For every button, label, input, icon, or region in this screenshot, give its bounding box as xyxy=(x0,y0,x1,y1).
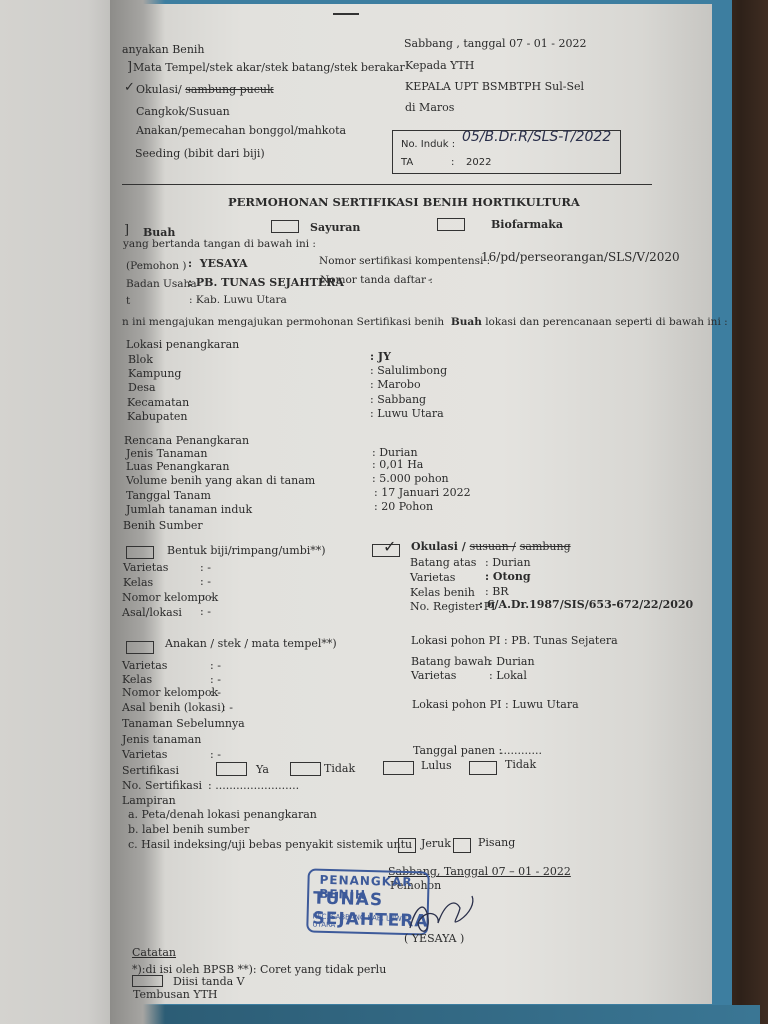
header-divider xyxy=(122,184,652,185)
grafting-label-kelas: Kelas benih xyxy=(410,586,475,599)
registration-label: Nomor tanda daftar : xyxy=(320,274,433,287)
plan-value-luas: : 0,01 Ha xyxy=(372,458,423,471)
grafting-susuan-struck: susuan / xyxy=(470,540,516,553)
previous-crop-variety-value: : - xyxy=(210,748,221,761)
harvest-date-label: Tanggal panen : xyxy=(413,744,502,757)
plan-heading: Rencana Penangkaran xyxy=(124,434,249,447)
seed-value-kelas: : - xyxy=(200,575,211,588)
location-value-kampung: : Salulimbong xyxy=(370,364,447,377)
place-date: Sabbang , tanggal 07 - 01 - 2022 xyxy=(404,37,586,50)
cutting-label: Anakan / stek / mata tempel**) xyxy=(165,637,337,650)
grafting-okulasi: Okulasi / xyxy=(411,540,466,553)
location-value-desa: : Marobo xyxy=(370,378,421,391)
plan-value-volume: : 5.000 pohon xyxy=(372,472,449,485)
checkbox-mark: ] xyxy=(127,61,132,74)
harvest-date-value: ............ xyxy=(500,744,542,757)
rootstock-label-varietas: Varietas xyxy=(411,669,456,682)
plan-label-tanggal: Tanggal Tanam xyxy=(126,489,211,502)
cert-yes-label: Ya xyxy=(256,763,269,776)
grafting-value-kelas: : BR xyxy=(485,585,509,598)
left-facing-page xyxy=(0,0,125,1024)
option-mata-tempel: Mata Tempel/stek akar/stek batang/stek b… xyxy=(133,61,405,74)
option-okulasi: Okulasi/ sambung pucuk xyxy=(136,83,274,96)
checkmark-icon: ✓ xyxy=(383,537,396,556)
notes-cc: Tembusan YTH xyxy=(133,988,218,1001)
competency-value: 16/pd/perseorangan/SLS/V/2020 xyxy=(481,251,680,264)
category-sayuran: Sayuran xyxy=(310,221,360,234)
seed-label-asal: Asal/lokasi xyxy=(122,606,182,619)
location-value-blok: : JY xyxy=(370,350,391,363)
signature-scribble xyxy=(400,888,480,938)
notes-line-2: Diisi tanda V xyxy=(173,975,245,988)
location-label-kecamatan: Kecamatan xyxy=(127,396,189,409)
intro-bold: Buah xyxy=(451,316,482,328)
plan-label-luas: Luas Penangkaran xyxy=(126,460,229,473)
recipient-line-1: Kepada YTH xyxy=(405,59,474,72)
applicant-label: (Pemohon ) xyxy=(126,260,186,273)
checkbox-sayuran[interactable] xyxy=(271,220,299,233)
plan-label-volume: Volume benih yang akan di tanam xyxy=(126,474,315,487)
rootstock-label-batang: Batang bawah xyxy=(411,655,491,668)
applicant-value: : YESAYA xyxy=(188,257,248,270)
location-label-desa: Desa xyxy=(128,381,156,394)
previous-crop-heading: Tanaman Sebelumnya xyxy=(122,717,245,730)
grafting-value-varietas: : Otong xyxy=(485,570,531,583)
fail-label: Tidak xyxy=(505,758,536,771)
form-title: PERMOHONAN SERTIFIKASI BENIH HORTIKULTUR… xyxy=(228,196,580,209)
cutting-value-kelompok: : - xyxy=(210,686,221,699)
rootstock-location-2: Lokasi pohon PI : Luwu Utara xyxy=(412,698,579,711)
attachment-item-b: b. label benih sumber xyxy=(128,823,249,836)
option-seeding: Seeding (bibit dari biji) xyxy=(135,147,265,160)
recipient-line-3: di Maros xyxy=(405,101,454,114)
intro-pre: n ini mengajukan mengajukan permohonan S… xyxy=(122,316,444,328)
option-anakan: Anakan/pemecahan bonggol/mahkota xyxy=(136,124,346,137)
seed-label-varietas: Varietas xyxy=(123,561,168,574)
checkbox-jeruk[interactable] xyxy=(398,838,416,853)
competency-label: Nomor sertifikasi kompentensi : xyxy=(319,255,490,268)
seed-value-varietas: : - xyxy=(200,561,211,574)
grafting-label-varietas: Varietas xyxy=(410,571,455,584)
plan-label-jumlah: Jumlah tanaman induk xyxy=(126,503,252,516)
plan-label-jenis: Jenis Tanaman xyxy=(126,447,207,460)
checkbox-cutting[interactable] xyxy=(126,641,154,654)
cutting-label-asal: Asal benih (lokasi) xyxy=(122,701,225,714)
checkbox-cert-no[interactable] xyxy=(290,762,321,776)
checkmark-icon: ✓ xyxy=(124,81,135,94)
checkbox-cert-yes[interactable] xyxy=(216,762,247,776)
plan-value-jumlah: : 20 Pohon xyxy=(374,500,433,513)
attachments-heading: Lampiran xyxy=(122,794,176,807)
grafting-value-register: : 6/A.Dr.1987/SIS/653-672/22/2020 xyxy=(479,598,693,611)
jeruk-label: Jeruk xyxy=(421,837,451,850)
okulasi-label: Okulasi/ xyxy=(136,83,182,96)
attachment-item-c: c. Hasil indeksing/uji bebas penyakit si… xyxy=(128,838,412,851)
no-induk-label: No. Induk : xyxy=(401,138,455,151)
applicant-name: YESAYA xyxy=(200,257,248,270)
plan-value-tanggal: : 17 Januari 2022 xyxy=(374,486,471,499)
seed-form-label: Bentuk biji/rimpang/umbi**) xyxy=(167,544,326,557)
checkbox-buah-edge: ] xyxy=(124,224,129,237)
seed-value-asal: : - xyxy=(200,605,211,618)
rootstock-value-varietas: : Lokal xyxy=(489,669,527,682)
cert-no-label: Tidak xyxy=(324,762,355,775)
notes-heading: Catatan xyxy=(132,946,176,959)
registration-value: - xyxy=(428,274,432,287)
checkbox-pass[interactable] xyxy=(383,761,414,775)
attachment-item-a: a. Peta/denah lokasi penangkaran xyxy=(128,808,317,821)
cutting-value-varietas: : - xyxy=(210,659,221,672)
cutting-label-kelompok: Nomor kelompok xyxy=(122,686,218,699)
rootstock-value-batang: : Durian xyxy=(489,655,535,668)
checkbox-fail[interactable] xyxy=(469,761,497,775)
sambung-pucuk-struck: sambung pucuk xyxy=(185,83,273,96)
ta-label: TA xyxy=(401,156,413,169)
folder-bottom-edge xyxy=(120,1005,760,1024)
grafting-sambung-struck: sambung xyxy=(520,540,571,553)
source-seed-heading: Benih Sumber xyxy=(123,519,203,532)
seed-label-kelas: Kelas xyxy=(123,576,153,589)
cert-number-value: : ........................ xyxy=(208,779,299,792)
ta-colon: : xyxy=(451,156,454,169)
seed-value-kelompok: : - xyxy=(202,590,213,603)
no-induk-text: No. Induk xyxy=(401,139,449,150)
recipient-line-2: KEPALA UPT BSMBTPH Sul-Sel xyxy=(405,80,584,93)
location-label-kampung: Kampung xyxy=(128,367,181,380)
previous-crop-type-label: Jenis tanaman xyxy=(122,733,201,746)
option-cangkok: Cangkok/Susuan xyxy=(136,105,230,118)
checkbox-biofarmaka[interactable] xyxy=(437,218,465,231)
checkbox-pisang[interactable] xyxy=(453,838,471,853)
pisang-label: Pisang xyxy=(478,836,515,849)
grafting-value-batang: : Durian xyxy=(485,556,531,569)
rootstock-location-1: Lokasi pohon PI : PB. Tunas Sejatera xyxy=(411,634,618,647)
previous-crop-variety-label: Varietas xyxy=(122,748,167,761)
cutting-value-asal: : - xyxy=(222,701,233,714)
location-heading: Lokasi penangkaran xyxy=(126,338,239,351)
ta-value: 2022 xyxy=(466,156,491,169)
checkbox-seed-form[interactable] xyxy=(126,546,154,559)
category-biofarmaka: Biofarmaka xyxy=(491,218,563,231)
cert-number-label: No. Sertifikasi xyxy=(122,779,202,792)
signature-name: ( YESAYA ) xyxy=(404,932,464,945)
cutting-label-varietas: Varietas xyxy=(122,659,167,672)
cutting-value-kelas: : - xyxy=(210,673,221,686)
grafting-label-batang: Batang atas xyxy=(410,556,476,569)
page-top-mark xyxy=(333,13,359,15)
intro-post: lokasi dan perencanaan seperti di bawah … xyxy=(485,316,728,328)
location-label-blok: Blok xyxy=(128,353,153,366)
pass-label: Lulus xyxy=(421,759,452,772)
notes-line-1: *):di isi oleh BPSB **): Coret yang tida… xyxy=(132,963,386,976)
business-label: Badan Usaha xyxy=(126,278,197,291)
location-label-kabupaten: Kabupaten xyxy=(127,410,188,423)
intro-text: n ini mengajukan mengajukan permohonan S… xyxy=(122,316,728,329)
location-value-kecamatan: : Sabbang xyxy=(370,393,426,406)
no-induk-value: 05/B.Dr.R/SLS-T/2022 xyxy=(462,131,611,144)
cutting-label-kelas: Kelas xyxy=(122,673,152,686)
grafting-label: Okulasi / susuan / sambung xyxy=(411,540,571,553)
seed-type-heading: anyakan Benih xyxy=(122,43,205,56)
legend-checkbox xyxy=(132,975,163,987)
address-label: t xyxy=(126,295,130,308)
certification-label: Sertifikasi xyxy=(122,764,179,777)
location-value-kabupaten: : Luwu Utara xyxy=(370,407,444,420)
address-value: : Kab. Luwu Utara xyxy=(189,294,287,307)
undersigned-text: yang bertanda tangan di bawah ini : xyxy=(123,238,316,251)
